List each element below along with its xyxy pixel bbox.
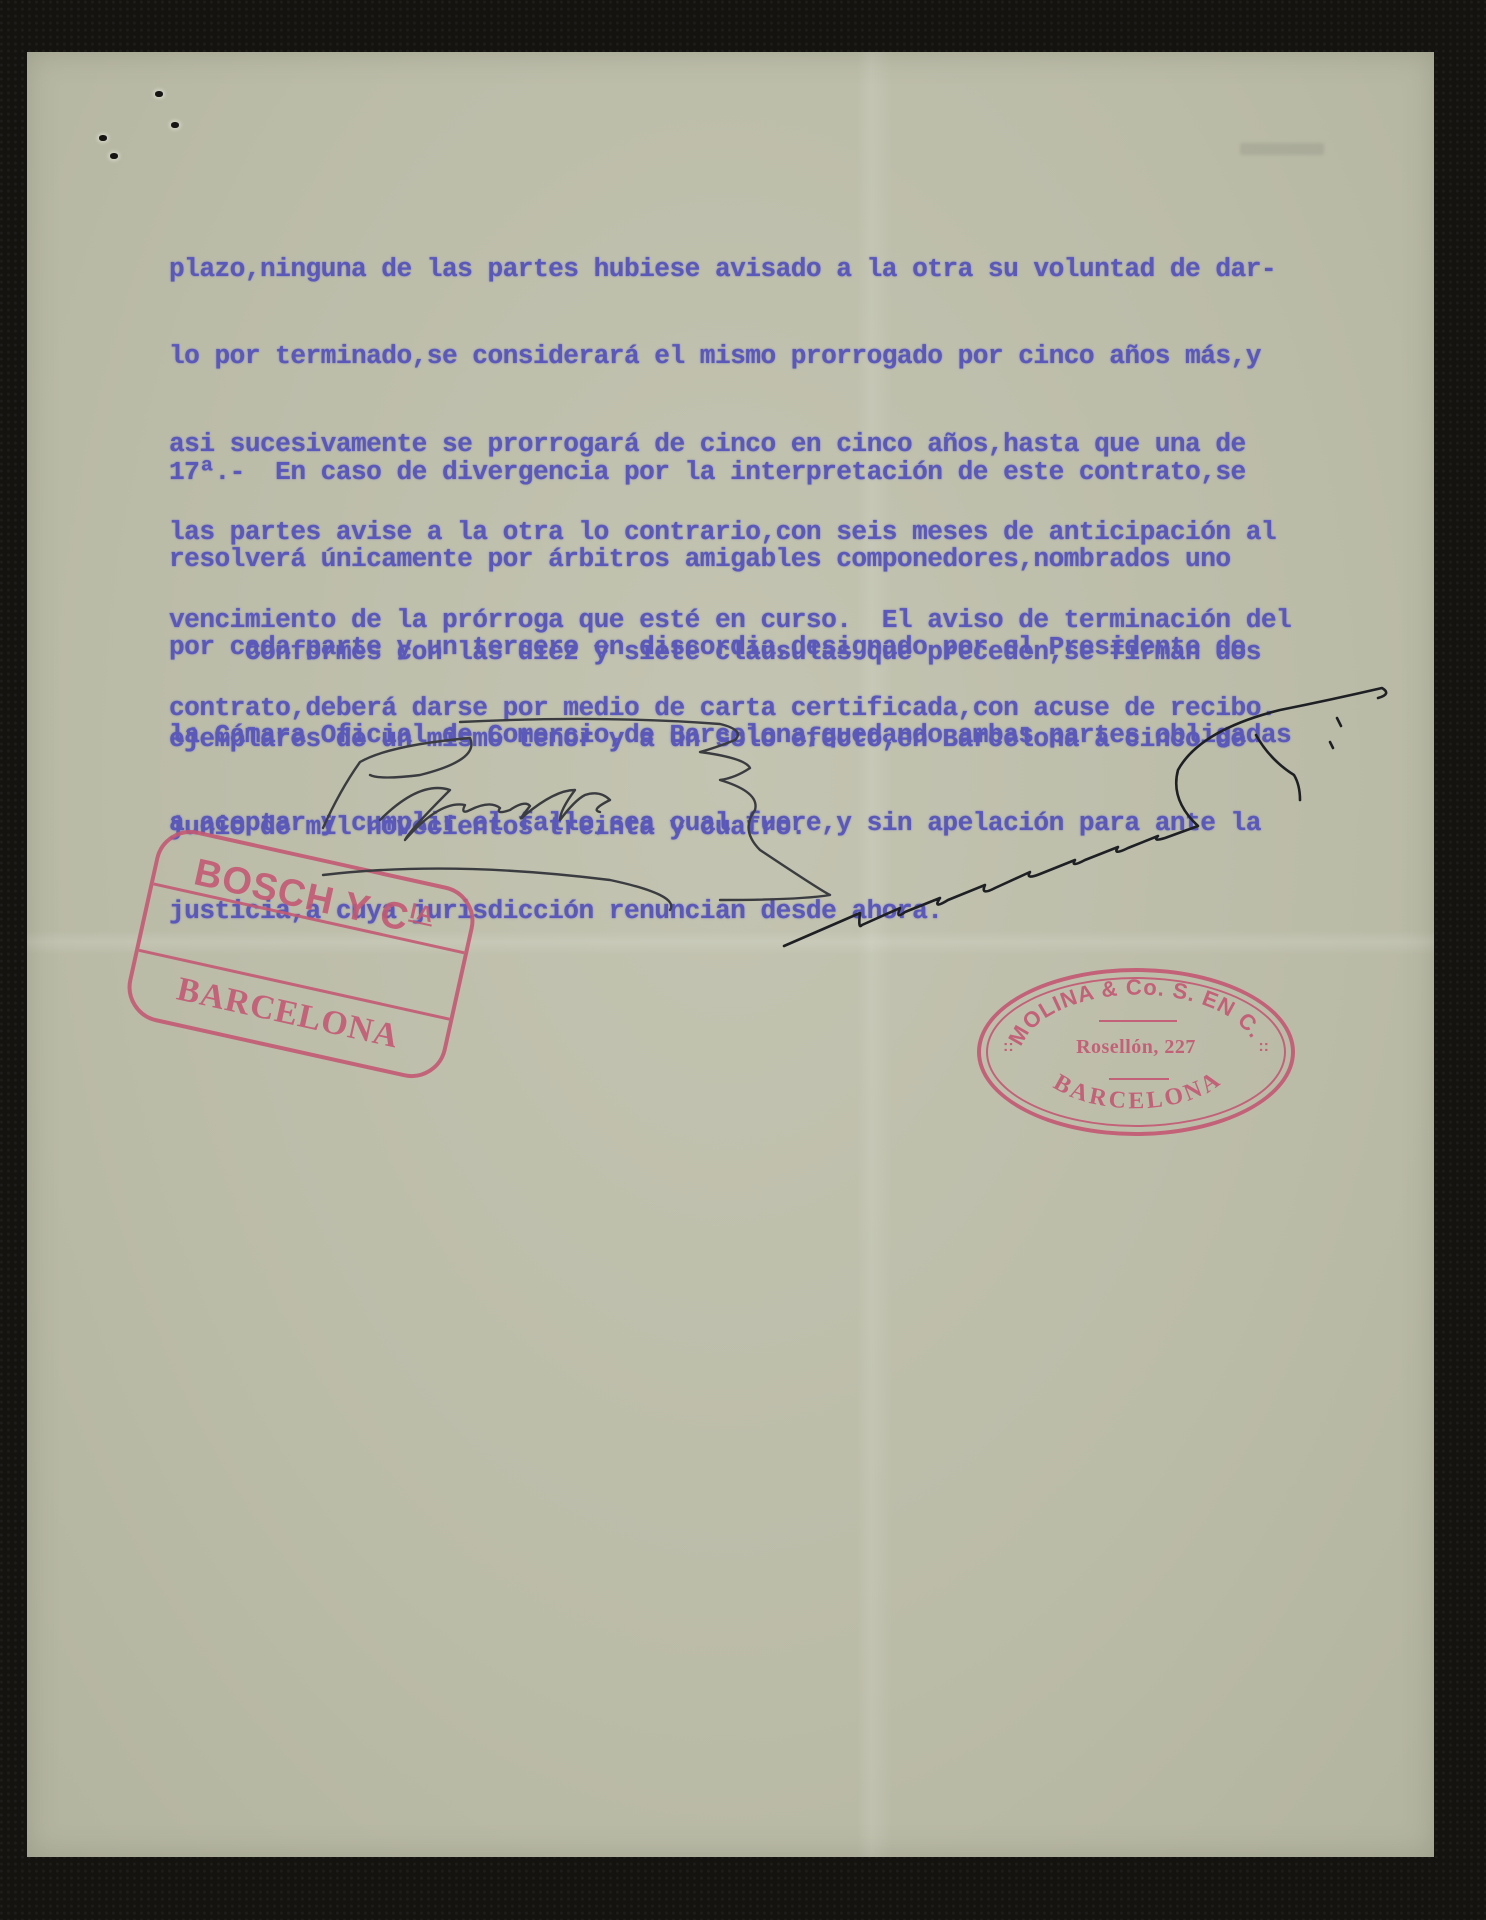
- punch-hole-mark: [110, 153, 118, 159]
- text-line: Conformes con las diez y siete cláusulas…: [169, 638, 1261, 667]
- punch-hole-mark: [171, 122, 179, 128]
- text-line: lo por terminado,se considerará el mismo…: [169, 342, 1291, 371]
- text-line: plazo,ninguna de las partes hubiese avis…: [169, 255, 1291, 284]
- svg-text:BARCELONA: BARCELONA: [1049, 1066, 1227, 1115]
- faint-pencil-mark: [1240, 143, 1324, 155]
- stamp-address: Rosellón, 227: [981, 1036, 1291, 1059]
- text-line: ejemplares de un mismo tenor y a un solo…: [169, 725, 1261, 754]
- text-line: junio de mil novecientos treinta y cuatr…: [169, 813, 1261, 842]
- punch-hole-mark: [155, 91, 163, 97]
- closing-paragraph: Conformes con las diez y siete cláusulas…: [169, 579, 1261, 872]
- stamp-superscript: IA: [408, 898, 437, 928]
- text-line: resolverá únicamente por árbitros amigab…: [169, 545, 1291, 574]
- stamp-side-mark: ::: [1258, 1038, 1269, 1056]
- punch-hole-mark: [99, 135, 107, 141]
- stamp-ornament: [1109, 1078, 1169, 1080]
- stamp-bottom-text: BARCELONA: [1049, 1066, 1227, 1115]
- stamp-ornament: [1099, 1020, 1177, 1022]
- text-line: 17ª.- En caso de divergencia por la inte…: [169, 458, 1291, 487]
- molina-company-stamp: MOLINA & Co. S. EN C. BARCELONA :: Rosel…: [977, 968, 1295, 1136]
